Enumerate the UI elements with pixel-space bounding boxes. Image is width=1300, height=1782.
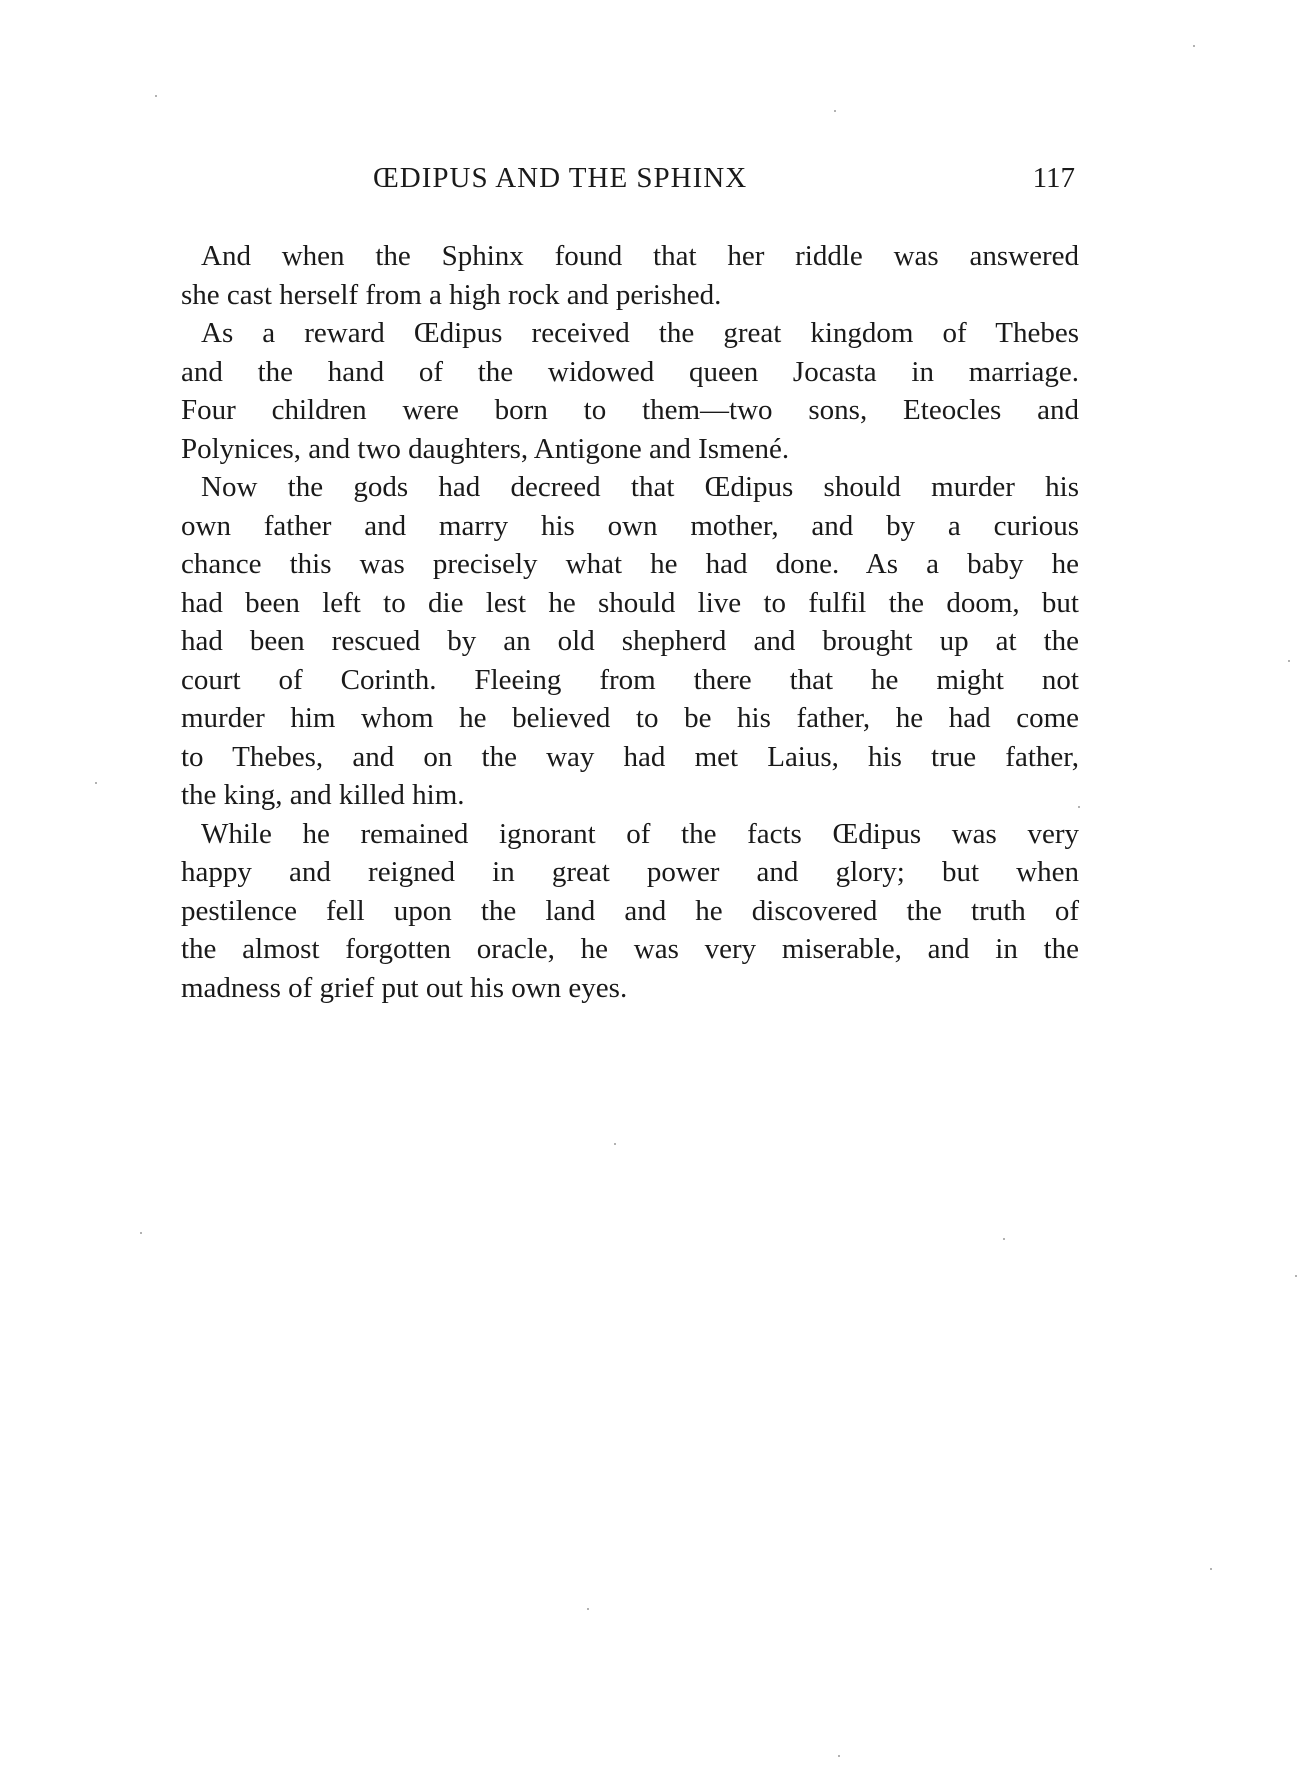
- scan-speck: [587, 1608, 589, 1610]
- text-line: Now the gods had decreed that Œdipus sho…: [181, 468, 1079, 507]
- paragraph-sphinx-death: And when the Sphinx found that her riddl…: [181, 237, 1079, 314]
- paragraph-downfall: While he remained ignorant of the facts …: [181, 815, 1079, 1008]
- text-line: Four children were born to them—two sons…: [181, 391, 1079, 430]
- text-line: chance this was precisely what he had do…: [181, 545, 1079, 584]
- scan-speck: [614, 1143, 616, 1145]
- book-page: ŒDIPUS AND THE SPHINX 117 And when the S…: [0, 0, 1300, 1782]
- scan-speck: [95, 782, 97, 784]
- text-line: and the hand of the widowed queen Jocast…: [181, 353, 1079, 392]
- running-head: ŒDIPUS AND THE SPHINX 117: [350, 162, 1085, 202]
- scan-speck: [834, 110, 836, 112]
- paragraph-reward: As a reward Œdipus received the great ki…: [181, 314, 1079, 468]
- scan-speck: [1288, 660, 1290, 662]
- text-line: Polynices, and two daughters, Antigone a…: [181, 430, 1079, 469]
- scan-speck: [1295, 1275, 1297, 1277]
- running-title: ŒDIPUS AND THE SPHINX: [373, 162, 747, 195]
- body-text: And when the Sphinx found that her riddl…: [181, 237, 1079, 1007]
- text-line: she cast herself from a high rock and pe…: [181, 276, 1079, 315]
- text-line: While he remained ignorant of the facts …: [181, 815, 1079, 854]
- text-line: madness of grief put out his own eyes.: [181, 969, 1079, 1008]
- text-line: As a reward Œdipus received the great ki…: [181, 314, 1079, 353]
- paragraph-prophecy: Now the gods had decreed that Œdipus sho…: [181, 468, 1079, 815]
- text-line: pestilence fell upon the land and he dis…: [181, 892, 1079, 931]
- text-line: own father and marry his own mother, and…: [181, 507, 1079, 546]
- text-line: the king, and killed him.: [181, 776, 1079, 815]
- text-line: And when the Sphinx found that her riddl…: [181, 237, 1079, 276]
- scan-speck: [140, 1232, 142, 1234]
- text-line: to Thebes, and on the way had met Laius,…: [181, 738, 1079, 777]
- text-line: murder him whom he believed to be his fa…: [181, 699, 1079, 738]
- text-line: happy and reigned in great power and glo…: [181, 853, 1079, 892]
- scan-speck: [1210, 1568, 1212, 1570]
- text-line: court of Corinth. Fleeing from there tha…: [181, 661, 1079, 700]
- scan-speck: [838, 1755, 840, 1757]
- scan-speck: [155, 95, 157, 97]
- text-line: had been rescued by an old shepherd and …: [181, 622, 1079, 661]
- text-line: the almost forgotten oracle, he was very…: [181, 930, 1079, 969]
- scan-speck: [1078, 806, 1080, 808]
- page-number: 117: [1033, 162, 1075, 195]
- scan-speck: [1003, 1238, 1005, 1240]
- text-line: had been left to die lest he should live…: [181, 584, 1079, 623]
- scan-speck: [1193, 45, 1195, 47]
